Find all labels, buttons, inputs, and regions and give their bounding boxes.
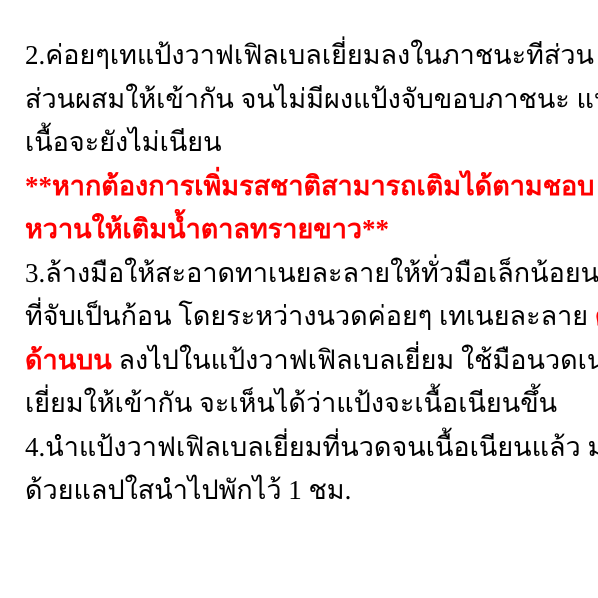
document-page: 2.ค่อยๆเทแป้งวาฟเฟิลเบลเยี่ยมลงในภาชนะที… [0, 0, 598, 598]
text-line-3: เนื้อจะยังไม่เนียน [25, 121, 576, 165]
text-segment: เนื้อจะยังไม่เนียน [25, 127, 222, 157]
text-line-8: ด้านบน ลงไปในแป้งวาฟเฟิลเบลเยี่ยม ใช้มือ… [25, 339, 576, 383]
text-line-7: ที่จับเป็นก้อน โดยระหว่างนวดค่อยๆ เทเนยล… [25, 295, 576, 339]
text-line-9: เยี่ยมให้เข้ากัน จะเห็นได้ว่าแป้งจะเนื้อ… [25, 382, 576, 426]
text-line-1: 2.ค่อยๆเทแป้งวาฟเฟิลเบลเยี่ยมลงในภาชนะที… [25, 34, 576, 78]
text-segment: ด้านบน [25, 345, 112, 375]
text-segment: ที่จับเป็นก้อน โดยระหว่างนวดค่อยๆ เทเนยล… [25, 301, 595, 331]
text-segment: ด้วยแลปใสนำไปพักไว้ 1 ชม. [25, 475, 351, 505]
text-line-10: 4.นำแป้งวาฟเฟิลเบลเยี่ยมที่นวดจนเนื้อเนี… [25, 426, 576, 470]
text-line-5: หวานให้เติมน้ำตาลทรายขาว** [25, 208, 576, 252]
text-line-4: **หากต้องการเพิ่มรสชาติสามารถเติมได้ตามช… [25, 165, 576, 209]
text-line-11: ด้วยแลปใสนำไปพักไว้ 1 ชม. [25, 469, 576, 513]
text-segment: หวานให้เติมน้ำตาลทรายขาว** [25, 214, 389, 244]
text-segment: 3.ล้างมือให้สะอาดทาเนยละลายให้ทั่วมือเล็… [25, 258, 598, 288]
text-segment: **หากต้องการเพิ่มรสชาติสามารถเติมได้ตามช… [25, 171, 598, 201]
text-line-6: 3.ล้างมือให้สะอาดทาเนยละลายให้ทั่วมือเล็… [25, 252, 576, 296]
text-segment: ลงไปในแป้งวาฟเฟิลเบลเยี่ยม ใช้มือนวดเนยแ… [112, 345, 598, 375]
text-segment: เยี่ยมให้เข้ากัน จะเห็นได้ว่าแป้งจะเนื้อ… [25, 388, 557, 418]
text-segment: 4.นำแป้งวาฟเฟิลเบลเยี่ยมที่นวดจนเนื้อเนี… [25, 432, 598, 462]
text-segment: 2.ค่อยๆเทแป้งวาฟเฟิลเบลเยี่ยมลงในภาชนะที… [25, 40, 598, 70]
document-body: 2.ค่อยๆเทแป้งวาฟเฟิลเบลเยี่ยมลงในภาชนะที… [25, 34, 576, 513]
text-line-2: ส่วนผสมให้เข้ากัน จนไม่มีผงแป้งจับขอบภาช… [25, 78, 576, 122]
text-segment: ส่วนผสมให้เข้ากัน จนไม่มีผงแป้งจับขอบภาช… [25, 84, 598, 114]
